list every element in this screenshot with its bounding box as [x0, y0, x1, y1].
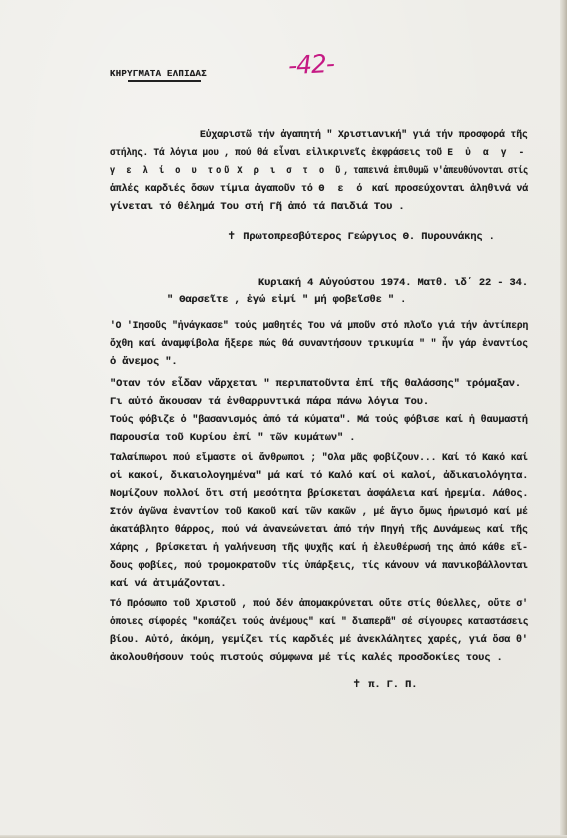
column-title: ΚΗΡΥΓΜΑΤΑ ΕΛΠΙΔΑΣ — [110, 69, 207, 79]
sermon-epigraph: " Θαρσεῖτε , ἐγώ εἰμί " μή φοβεῖσθε " . — [167, 294, 406, 306]
para4-line3: βίου. Αὐτό, ἀκόμη, γεμίζει τίς καρδιές μ… — [110, 634, 528, 646]
intro-line-2: στήλης. Τά λόγια μου , πού θά εἶναι εἰλι… — [110, 147, 528, 159]
intro-line-4-tail: καί προσεύχονται ἀληθινά νά — [372, 183, 528, 195]
intro-signature: ✝ Πρωτοπρεσβύτερος Γεώργιος Θ. Πυρουνάκη… — [228, 228, 495, 243]
intro-signature-text: Πρωτοπρεσβύτερος Γεώργιος Θ. Πυρουνάκης … — [243, 231, 495, 243]
sermon-dateline: Κυριακή 4 Αὐγούστου 1974. Ματθ. ιδ΄ 22 -… — [258, 277, 528, 289]
para1-line1: 'Ο 'Ιησοῦς "ἠνάγκασε" τούς μαθητές Του ν… — [110, 320, 528, 332]
para2-line3: Τούς φόβιζε ὁ "βασανισμός ἀπό τά κύματα"… — [110, 414, 528, 426]
sermon-signature: ✝ π. Γ. Π. — [353, 676, 417, 691]
intro-line-3-spaced: γ ε λ ί ο υ τοῦ — [110, 165, 232, 177]
para3-line1: Ταλαίπωροι πού εἴμαστε οἱ ἄνθρωποι ; "Ολ… — [110, 452, 528, 464]
page-edge-shadow — [560, 0, 567, 838]
cross-icon: ✝ — [353, 677, 360, 691]
para4-line2: ὁποιες σίφορές "κοπάζει τούς ἀνέμους" κα… — [110, 616, 528, 628]
intro-line-4: ἁπλές καρδιές ὅσων τίμια ἀγαποῦν τό Θ ε … — [110, 183, 528, 195]
para3-line3: Νομίζουν πολλοί ὅτι στή μεσότητα βρίσκετ… — [110, 488, 528, 500]
cross-icon: ✝ — [228, 229, 235, 243]
para3-line8: καί νά ἀτιμάζονται. — [110, 578, 227, 590]
para4-line4: ἀκολουθήσουν τούς πιστούς σύμφωνα μέ τίς… — [110, 652, 503, 664]
title-underline — [128, 80, 201, 82]
intro-line-2-text: στήλης. Τά λόγια μου , πού θά εἶναι εἰλι… — [110, 147, 442, 159]
intro-line-2-spaced: Ε ὐ α γ - — [447, 147, 527, 159]
para3-line6: Χάρης , βρίσκεται ἡ γαλήνευση τῆς ψυχῆς … — [110, 542, 528, 554]
intro-line-3-christ: Χ ρ ι σ τ ο ῦ — [237, 165, 343, 177]
intro-line-4-text: ἁπλές καρδιές ὅσων τίμια ἀγαποῦν τό — [110, 183, 313, 195]
para2-line4: Παρουσία τοῦ Κυρίου ἐπί " τῶν κυμάτων" . — [110, 432, 355, 444]
para3-line2: οἱ κακοί, δικαιολογημένα" μά καί τό Καλό… — [110, 470, 528, 482]
para3-line4: Στόν ἀγῶνα ἐναντίον τοῦ Κακοῦ καί τῶν κα… — [110, 506, 528, 518]
para3-line7: δους φοβίες, πού τρομοκρατοῦν τίς ὑπάρξε… — [110, 560, 528, 572]
para3-line5: ἀκατάβλητο θάρρος, πού νά ἀνανεώνεται ἀπ… — [110, 524, 528, 536]
handwritten-page-number: -42- — [287, 49, 334, 80]
para1-line3: ὁ ἄνεμος ". — [110, 356, 178, 368]
intro-line-3: γ ε λ ί ο υ τοῦ Χ ρ ι σ τ ο ῦ, ταπεινά ἐ… — [110, 165, 528, 177]
intro-line-3-tail: , ταπεινά ἐπιθυμῶ ν'ἀπευθύνονται στίς — [343, 165, 528, 177]
scanned-page: ΚΗΡΥΓΜΑΤΑ ΕΛΠΙΔΑΣ -42- Εὐχαριστῶ τήν ἀγα… — [0, 0, 567, 838]
para2-line1: "Οταν τόν εἶδαν νἄρχεται " περιπατοῦντα … — [110, 378, 521, 390]
para2-line2: Γι αὐτό ἄκουσαν τά ἐνθαρρυντικά πάρα πάν… — [110, 396, 429, 408]
intro-line-4-god: Θ ε ό — [319, 183, 366, 195]
para4-line1: Τό Πρόσωπο τοῦ Χριστοῦ , πού δέν ἀπομακρ… — [110, 598, 528, 610]
intro-line-5: γίνεται τό θέλημά Του στή Γῆ ἀπό τά Παιδ… — [110, 201, 405, 213]
para1-line2: ὄχθη καί ἀναμφίβολα ἤξερε πώς θά συναντή… — [110, 338, 528, 350]
sermon-signature-text: π. Γ. Π. — [368, 679, 417, 691]
intro-line-1: Εὐχαριστῶ τήν ἀγαπητή " Χριστιανική" γιά… — [200, 129, 528, 141]
